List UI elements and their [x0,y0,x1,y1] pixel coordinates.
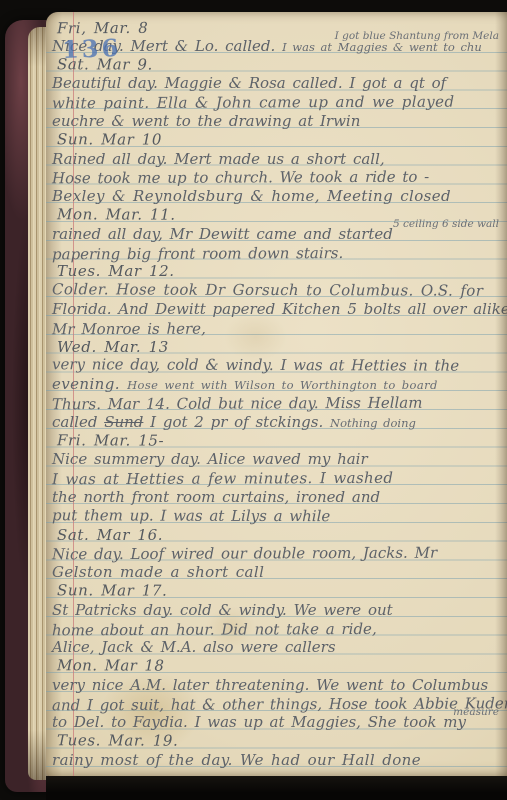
diary-text: I was at Hetties a few minutes. I washed [52,469,393,488]
diary-text: very nice day, cold & windy. I was at He… [52,356,459,375]
interline-note: measure [453,703,499,722]
entry-date-line: Mon. Mar 18 [48,656,507,676]
diary-text: St Patricks day. cold & windy. We were o… [52,601,393,619]
diary-text: Bexley & Reynoldsburg & home, Meeting cl… [52,187,451,205]
diary-text: white paint. Ella & John came up and we … [52,93,455,113]
diary-text: Hose took me up to church. We took a rid… [52,168,429,188]
diary-text: Nice day. Loof wired our double room, Ja… [52,544,437,564]
diary-text: rained all day, Mr Dewitt came and start… [52,225,393,243]
diary-line: very nice A.M. later threatening. We wen… [48,676,507,695]
diary-line: and I got suit, hat & other things, Hose… [48,694,507,715]
diary-text: Mon. Mar. 11. [57,205,176,223]
entry-date-line: Tues. Mar. 19. [48,731,507,751]
diary-text: evening. [52,375,127,393]
diary-text: put them up. I was at Lilys a while [52,506,330,525]
diary-text: Wed. Mar. 13 [57,338,169,356]
diary-line: evening. Hose went with Wilson to Worthi… [48,375,507,394]
diary-text: and I got suit, hat & other things, Hose… [52,694,507,714]
diary-text: papering big front room down stairs. [52,244,343,263]
diary-line: Hose took me up to church. We took a rid… [48,168,507,189]
diary-text: I got 2 pr of stckings. [143,413,330,431]
diary-page: Fri, Mar. 8I got blue Shantung from Mela… [46,12,507,776]
diary-line: home about an hour. Did not take a ride, [48,619,507,640]
diary-line: Beautiful day. Maggie & Rosa called. I g… [48,74,507,93]
page-number-stamp: 136 [62,33,122,64]
diary-line: measureto Del. to Faydia. I was up at Ma… [48,713,507,732]
diary-line: Colder. Hose took Dr Gorsuch to Columbus… [48,280,507,300]
diary-text: Fri. Mar. 15- [57,431,164,449]
diary-line: the north front room curtains, ironed an… [48,488,507,507]
diary-line: rainy most of the day. We had our Hall d… [48,751,507,770]
diary-text: called [52,413,104,431]
diary-text: Nice summery day. Alice waved my hair [52,450,368,468]
interline-note: I got blue Shantung from Mela [335,27,499,46]
diary-line: Nice day. Loof wired our double room, Ja… [48,544,507,565]
diary-line: very nice day, cold & windy. I was at He… [48,356,507,376]
diary-line: 5 ceiling 6 side wallrained all day, Mr … [48,225,507,244]
diary-text: Tues. Mar. 19. [57,732,178,750]
diary-line: Florida. And Dewitt papered Kitchen 5 bo… [48,300,507,319]
diary-line: euchre & went to the drawing at Irwin [48,112,507,131]
entry-date-line: Sat. Mar 16. [48,526,507,545]
diary-line: Rained all day. Mert made us a short cal… [48,150,507,169]
diary-text: Colder. Hose took Dr Gorsuch to Columbus… [52,280,483,300]
diary-text: Sat. Mar 16. [57,526,163,544]
diary-line: white paint. Ella & John came up and we … [48,92,507,113]
struck-word: Sund [104,413,143,431]
diary-text: Nothing doing [330,416,416,430]
diary-text: Rained all day. Mert made us a short cal… [52,150,385,168]
book-bottom-edge [46,776,507,800]
diary-text: euchre & went to the drawing at Irwin [52,112,360,130]
interline-note: 5 ceiling 6 side wall [393,215,499,234]
diary-text: Florida. And Dewitt papered Kitchen 5 bo… [52,300,507,318]
diary-line: Bexley & Reynoldsburg & home, Meeting cl… [48,187,507,206]
diary-text: Beautiful day. Maggie & Rosa called. I g… [52,74,446,92]
entry-date-line: Fri. Mar. 15- [48,431,507,451]
diary-text: Mon. Mar 18 [57,656,164,674]
entry-date-line: Tues. Mar 12. [48,262,507,281]
diary-text: the north front room curtains, ironed an… [52,488,380,506]
diary-line: Gelston made a short call [48,563,507,582]
diary-text: home about an hour. Did not take a ride, [52,619,377,638]
diary-text: Mr Monroe is here, [52,319,206,338]
diary-line: I was at Hetties a few minutes. I washed [48,468,507,489]
entry-date-line: Sun. Mar 17. [48,581,507,601]
diary-text: very nice A.M. later threatening. We wen… [52,676,488,694]
diary-text: Alice, Jack & M.A. also were callers [52,638,336,656]
diary-line: called Sund I got 2 pr of stckings. Noth… [48,413,507,432]
diary-line: Thurs. Mar 14. Cold but nice day. Miss H… [48,393,507,414]
handwriting-lines: Fri, Mar. 8I got blue Shantung from Mela… [48,18,507,770]
diary-text: Sun. Mar 10 [57,130,162,148]
diary-text: Sun. Mar 17. [57,581,167,599]
diary-text: rainy most of the day. We had our Hall d… [52,751,421,769]
diary-line: put them up. I was at Lilys a while [48,506,507,526]
diary-line: Nice summery day. Alice waved my hair [48,450,507,469]
diary-text: Tues. Mar 12. [57,262,175,280]
diary-line: Mr Monroe is here, [48,318,507,339]
diary-line: St Patricks day. cold & windy. We were o… [48,601,507,620]
entry-date-line: Sun. Mar 10 [48,130,507,150]
diary-text: Thurs. Mar 14. Cold but nice day. Miss H… [52,394,423,414]
entry-date-line: Wed. Mar. 13 [48,338,507,357]
diary-text: Hose went with Wilson to Worthington to … [127,378,438,392]
diary-text: to Del. to Faydia. I was up at Maggies, … [52,713,466,731]
diary-line: Alice, Jack & M.A. also were callers [48,638,507,657]
diary-line: papering big front room down stairs. [48,243,507,264]
diary-text: Gelston made a short call [52,563,264,581]
